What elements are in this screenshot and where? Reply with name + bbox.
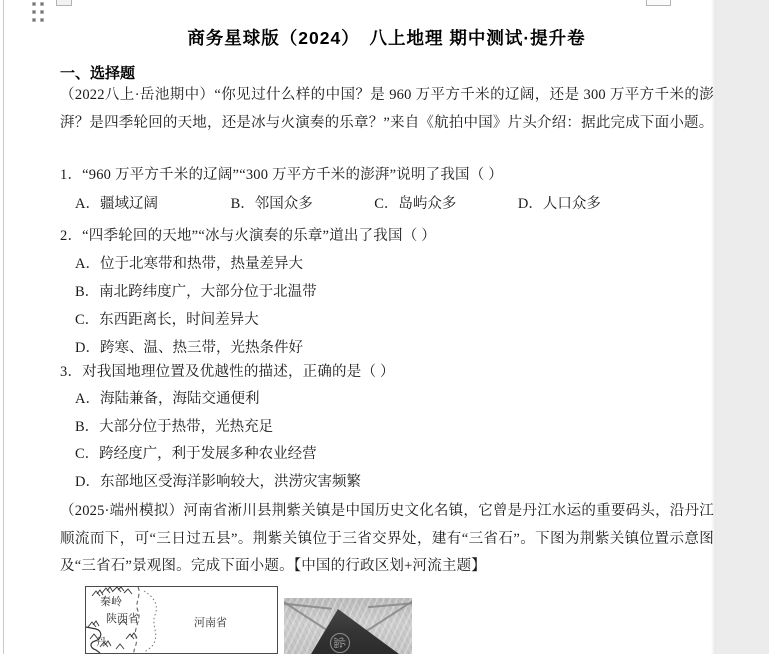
option-2b: B．南北跨纬度广，大部分位于北温带	[75, 278, 705, 306]
question-3-options: A．海陆兼备，海陆交通便利 B．大部分位于热带，光热充足 C．跨经度广，利于发展…	[75, 386, 705, 496]
question-1-options: A．疆域辽阔 B．邻国众多 C．岛屿众多 D．人口众多	[75, 190, 715, 218]
top-handle-right	[646, 0, 671, 6]
question-1-stem: 1．“960 万平方千米的辽阔”“300 万平方千米的澎湃”说明了我国（ ）	[60, 161, 714, 189]
right-gutter	[716, 0, 769, 654]
location-sketch-map: 秦岭 陕西省 河南省 丹	[85, 586, 278, 654]
top-handle-left	[56, 0, 72, 6]
option-3a: A．海陆兼备，海陆交通便利	[75, 386, 705, 414]
question-3-stem: 3．对我国地理位置及优越性的描述，正确的是（ ）	[60, 358, 714, 386]
passage-2: （2025·端州模拟）河南省淅川县荆紫关镇是中国历史文化名镇，它曾是丹江水运的重…	[60, 498, 714, 581]
map-label-qinling: 秦岭	[100, 594, 122, 608]
passage-1: （2022八上·岳池期中）“你见过什么样的中国？是 960 万平方千米的辽阔，还…	[60, 81, 714, 138]
option-1b: B．邻国众多	[231, 190, 371, 218]
option-1c: C．岛屿众多	[374, 190, 514, 218]
option-3d: D．东部地区受海洋影响较大，洪涝灾害频繁	[75, 469, 705, 497]
section-heading: 一、选择题	[60, 62, 135, 83]
option-2c: C．东西距离长，时间差异大	[75, 306, 705, 334]
map-label-shaanxi: 陕西省	[106, 611, 139, 625]
three-province-stone-photo: 鄂	[284, 598, 412, 654]
page-title: 商务星球版（2024） 八上地理 期中测试·提升卷	[60, 25, 713, 50]
block-drag-handle-icon[interactable]	[32, 2, 46, 24]
option-3c: C．跨经度广，利于发展多种农业经营	[75, 441, 705, 469]
document-page: 商务星球版（2024） 八上地理 期中测试·提升卷 一、选择题 （2022八上·…	[0, 0, 769, 654]
question-2-stem: 2．“四季轮回的天地”“冰与火演奏的乐章”道出了我国（ ）	[60, 222, 714, 250]
option-1d: D．人口众多	[518, 190, 601, 218]
map-label-dan-river: 丹	[96, 636, 107, 648]
stone-seal-circle: 鄂	[330, 633, 350, 653]
option-1a: A．疆域辽阔	[75, 190, 227, 218]
left-rail-divider	[3, 0, 4, 654]
option-3b: B．大部分位于热带，光热充足	[75, 414, 705, 442]
county-boundary-dotted	[144, 591, 156, 653]
stone-seal-character: 鄂	[334, 637, 346, 649]
map-drawing: 秦岭 陕西省 河南省 丹	[86, 587, 277, 653]
option-2a: A．位于北寒带和热带，热量差异大	[75, 250, 705, 278]
map-label-henan: 河南省	[194, 615, 227, 629]
question-2-options: A．位于北寒带和热带，热量差异大 B．南北跨纬度广，大部分位于北温带 C．东西距…	[75, 250, 705, 362]
